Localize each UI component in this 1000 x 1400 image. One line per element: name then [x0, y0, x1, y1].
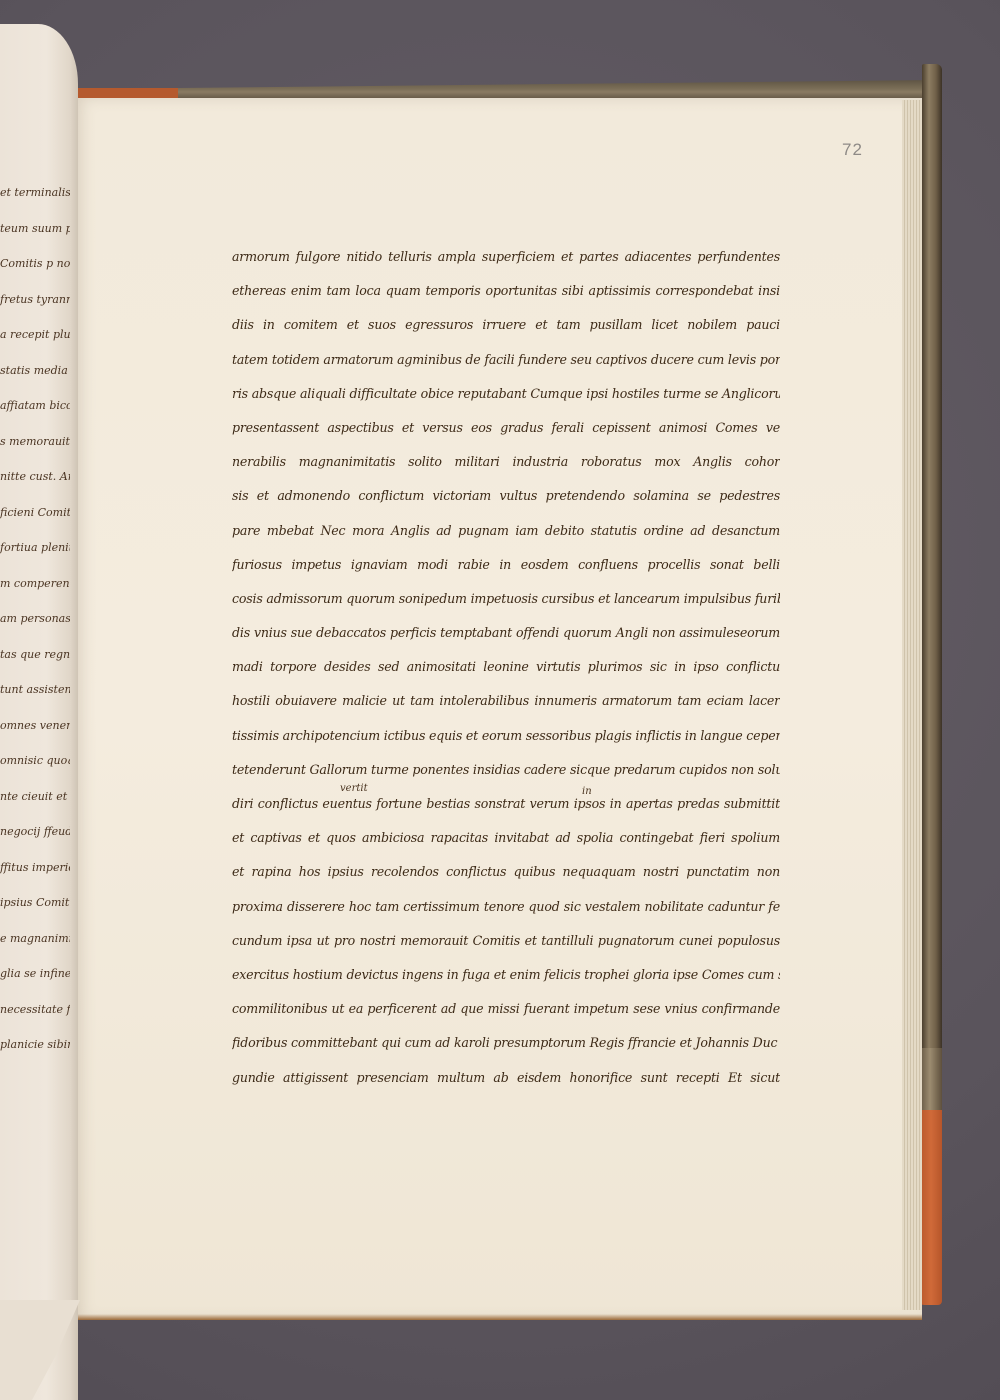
text-line: armorum fulgore nitido telluris ampla su…	[232, 242, 780, 276]
interlinear-correction: in	[582, 786, 592, 797]
text-line: sis et admonendo conflictum victoriam vu…	[232, 481, 780, 515]
left-text-line: s memorauit ke	[0, 427, 70, 463]
left-text-line: e magnanimi	[0, 924, 70, 960]
folio-number: 72	[842, 140, 863, 160]
text-line: tetenderunt Gallorum turme ponentes insi…	[232, 755, 780, 789]
text-line: tissimis archipotencium ictibus equis et…	[232, 721, 780, 755]
text-line: ris absque aliquali difficultate obice r…	[232, 379, 780, 413]
left-text-line: tunt assistenti	[0, 675, 70, 711]
main-text-block: armorum fulgore nitido telluris ampla su…	[232, 242, 780, 1097]
text-line: cosis admissorum quorum sonipedum impetu…	[232, 584, 780, 618]
left-text-line: omnisic quoque gru	[0, 746, 70, 782]
left-text-line: glia se infinem	[0, 959, 70, 995]
left-text-line: a recepit plus	[0, 320, 70, 356]
left-text-line: negocij ffeudouri	[0, 817, 70, 853]
text-line: et rapina hos ipsius recolendos conflict…	[232, 857, 780, 891]
text-line: cundum ipsa ut pro nostri memorauit Comi…	[232, 926, 780, 960]
binding-fore-edge-board	[922, 64, 942, 1094]
left-page-text: et terminalis teum suum pfecto Comitis p…	[0, 178, 70, 1066]
left-text-line: et terminalis	[0, 178, 70, 214]
text-line: tatem totidem armatorum agminibus de fac…	[232, 345, 780, 379]
left-text-line: nitte cust. Ambul	[0, 462, 70, 498]
page-edge-stack	[902, 100, 922, 1310]
left-text-line: necessitate fi mulis	[0, 995, 70, 1031]
text-line: exercitus hostium devictus ingens in fug…	[232, 960, 780, 994]
interlinear-correction: vertit	[340, 783, 368, 794]
text-line: furiosus impetus ignaviam modi rabie in …	[232, 550, 780, 584]
left-text-line: planicie sibinet	[0, 1030, 70, 1066]
left-text-line: ipsius Comitis	[0, 888, 70, 924]
text-line: diis in comitem et suos egressuros irrue…	[232, 310, 780, 344]
left-text-line: fretus tyrannis	[0, 285, 70, 321]
left-page: et terminalis teum suum pfecto Comitis p…	[0, 24, 78, 1400]
left-text-line: am personas in	[0, 604, 70, 640]
binding-fore-edge-red-leather	[920, 1110, 942, 1305]
left-text-line: nte cieuit et	[0, 782, 70, 818]
left-text-line: teum suum pfecto	[0, 214, 70, 250]
text-line: fidoribus committebant qui cum ad karoli…	[232, 1028, 780, 1062]
text-line: proxima disserere hoc tam certissimum te…	[232, 892, 780, 926]
left-text-line: ffitus imperio	[0, 853, 70, 889]
text-line: dis vnius sue debaccatos perficis tempta…	[232, 618, 780, 652]
text-line: nerabilis magnanimitatis solito militari…	[232, 447, 780, 481]
text-line: presentassent aspectibus et versus eos g…	[232, 413, 780, 447]
text-line: commilitonibus ut ea perficerent ad que …	[232, 994, 780, 1028]
left-text-line: tas que regnant	[0, 640, 70, 676]
left-text-line: m comperent dicti	[0, 569, 70, 605]
left-text-line: fortiua plenit	[0, 533, 70, 569]
text-line: hostili obuiavere malicie ut tam intoler…	[232, 686, 780, 720]
text-line: ethereas enim tam loca quam temporis opo…	[232, 276, 780, 310]
text-line: pare mbebat Nec mora Anglis ad pugnam ia…	[232, 516, 780, 550]
left-text-line: Comitis p nom	[0, 249, 70, 285]
text-line: madi torpore desides sed animositati leo…	[232, 652, 780, 686]
left-text-line: omnes venerabilia	[0, 711, 70, 747]
text-line: gundie attigissent presenciam multum ab …	[232, 1063, 780, 1097]
text-line: et captivas et quos ambiciosa rapacitas …	[232, 823, 780, 857]
text-line: diri conflictus euentus fortune bestias …	[232, 789, 780, 823]
left-text-line: statis media prod	[0, 356, 70, 392]
left-text-line: ficieni Comitis	[0, 498, 70, 534]
left-text-line: affiatam bicorum	[0, 391, 70, 427]
